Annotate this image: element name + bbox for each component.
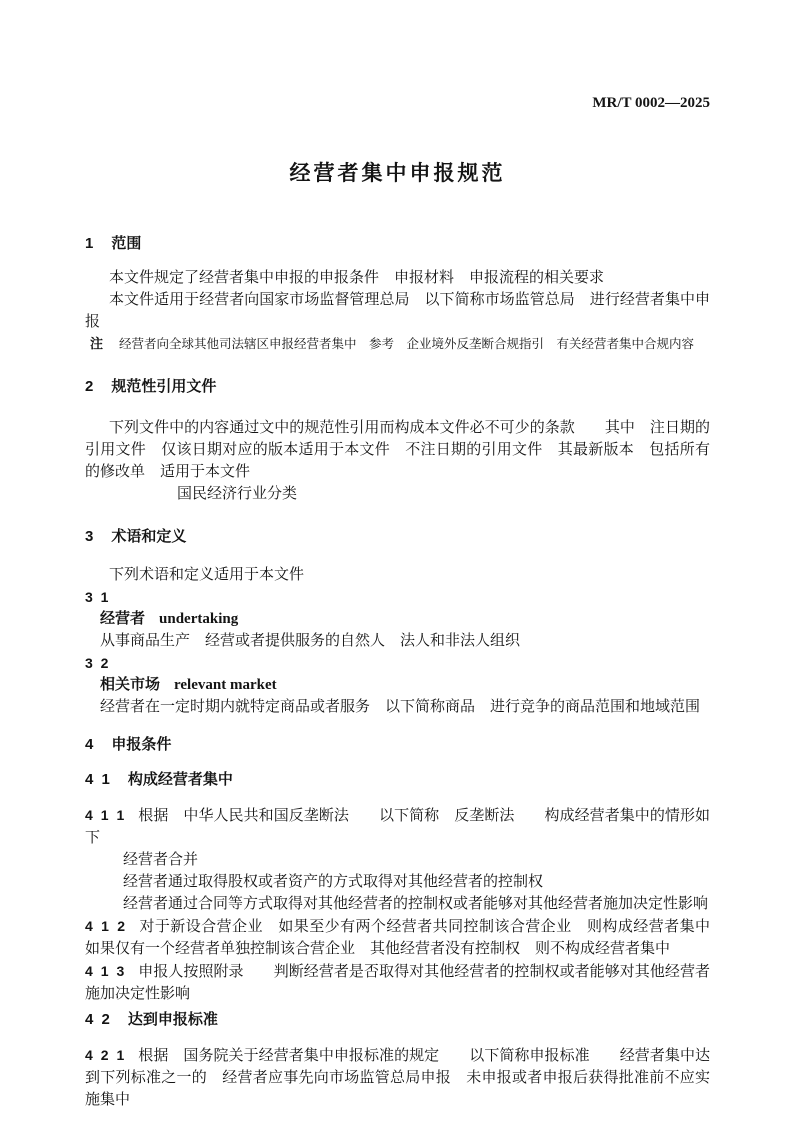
section-3-title: 术语和定义 [111,528,186,545]
section-4-1-heading: 4 1构成经营者集中 [85,769,710,791]
clause-4-1-1-number: 4 1 1 [85,807,126,823]
document-page: MR/T 0002—2025 经营者集中申报规范 1范围 本文件规定了经营者集中… [0,0,793,1122]
section-4-title: 申报条件 [111,736,171,753]
note-label: 注 [90,336,103,351]
clause-4-1-1-text: 根据 中华人民共和国反垄断法 以下简称 反垄断法 构成经营者集中的情形如下 [85,808,710,846]
list-item: 经营者通过合同等方式取得对其他经营者的控制权或者能够对其他经营者施加决定性影响 [123,893,710,915]
section-4-1-title: 构成经营者集中 [128,771,233,788]
term-2-chinese: 相关市场 [100,676,160,693]
clause-4-2-1: 4 2 1根据 国务院关于经营者集中申报标准的规定 以下简称申报标准 经营者集中… [85,1044,710,1111]
document-title: 经营者集中申报规范 [85,161,710,187]
term-1-chinese: 经营者 [100,610,145,627]
section-3-heading: 3术语和定义 [85,526,710,548]
clause-4-1-2-number: 4 1 2 [85,918,127,934]
term-1-definition: 从事商品生产 经营或者提供服务的自然人 法人和非法人组织 [100,630,710,652]
scope-note: 注经营者向全球其他司法辖区申报经营者集中 参考 企业境外反垄断合规指引 有关经营… [90,333,710,355]
term-2-number: 3 2 [85,652,710,674]
terms-intro-paragraph: 下列术语和定义适用于本文件 [85,564,710,586]
term-1-number: 3 1 [85,586,710,608]
section-4-heading: 4申报条件 [85,734,710,756]
clause-4-2-1-text: 根据 国务院关于经营者集中申报标准的规定 以下简称申报标准 经营者集中达到下列标… [85,1048,710,1108]
section-1-title: 范围 [111,235,141,252]
section-2-title: 规范性引用文件 [111,378,216,395]
section-2-heading: 2规范性引用文件 [85,376,710,398]
section-4-2-title: 达到申报标准 [128,1011,218,1028]
section-4-1-number: 4 1 [85,769,112,791]
normative-references-paragraph: 下列文件中的内容通过文中的规范性引用而构成本文件必不可少的条款 其中 注日期的引… [85,417,710,483]
list-item: 经营者合并 [123,849,710,871]
list-item: 经营者通过取得股权或者资产的方式取得对其他经营者的控制权 [123,871,710,893]
clause-4-1-3-number: 4 1 3 [85,963,126,979]
section-4-number: 4 [85,734,95,756]
section-1-number: 1 [85,233,95,255]
section-4-2-heading: 4 2达到申报标准 [85,1009,710,1031]
clause-4-1-2-text: 对于新设合营企业 如果至少有两个经营者共同控制该合营企业 则构成经营者集中 如果… [85,919,725,957]
section-3-number: 3 [85,526,95,548]
scope-paragraph-2: 本文件适用于经营者向国家市场监督管理总局 以下简称市场监管总局 进行经营者集中申… [85,289,710,333]
term-2-english: relevant market [174,677,277,693]
section-4-2-number: 4 2 [85,1009,112,1031]
section-1-heading: 1范围 [85,233,710,255]
scope-paragraph-1: 本文件规定了经营者集中申报的申报条件 申报材料 申报流程的相关要求 [85,267,710,289]
clause-4-1-2: 4 1 2对于新设合营企业 如果至少有两个经营者共同控制该合营企业 则构成经营者… [85,915,710,960]
term-1-entry: 经营者undertaking [100,608,710,630]
clause-4-2-1-number: 4 2 1 [85,1047,126,1063]
clause-4-1-3: 4 1 3申报人按照附录 判断经营者是否取得对其他经营者的控制权或者能够对其他经… [85,960,710,1005]
term-2-definition: 经营者在一定时期内就特定商品或者服务 以下简称商品 进行竞争的商品范围和地域范围 [100,696,710,718]
clause-4-1-3-text: 申报人按照附录 判断经营者是否取得对其他经营者的控制权或者能够对其他经营者施加决… [85,964,710,1002]
clause-4-1-1: 4 1 1根据 中华人民共和国反垄断法 以下简称 反垄断法 构成经营者集中的情形… [85,804,710,849]
doc-number: MR/T 0002—2025 [85,95,710,111]
note-text: 经营者向全球其他司法辖区申报经营者集中 参考 企业境外反垄断合规指引 有关经营者… [119,337,694,351]
referenced-document: 国民经济行业分类 [177,483,710,505]
term-2-entry: 相关市场relevant market [100,674,710,696]
term-1-english: undertaking [159,611,238,627]
section-2-number: 2 [85,376,95,398]
